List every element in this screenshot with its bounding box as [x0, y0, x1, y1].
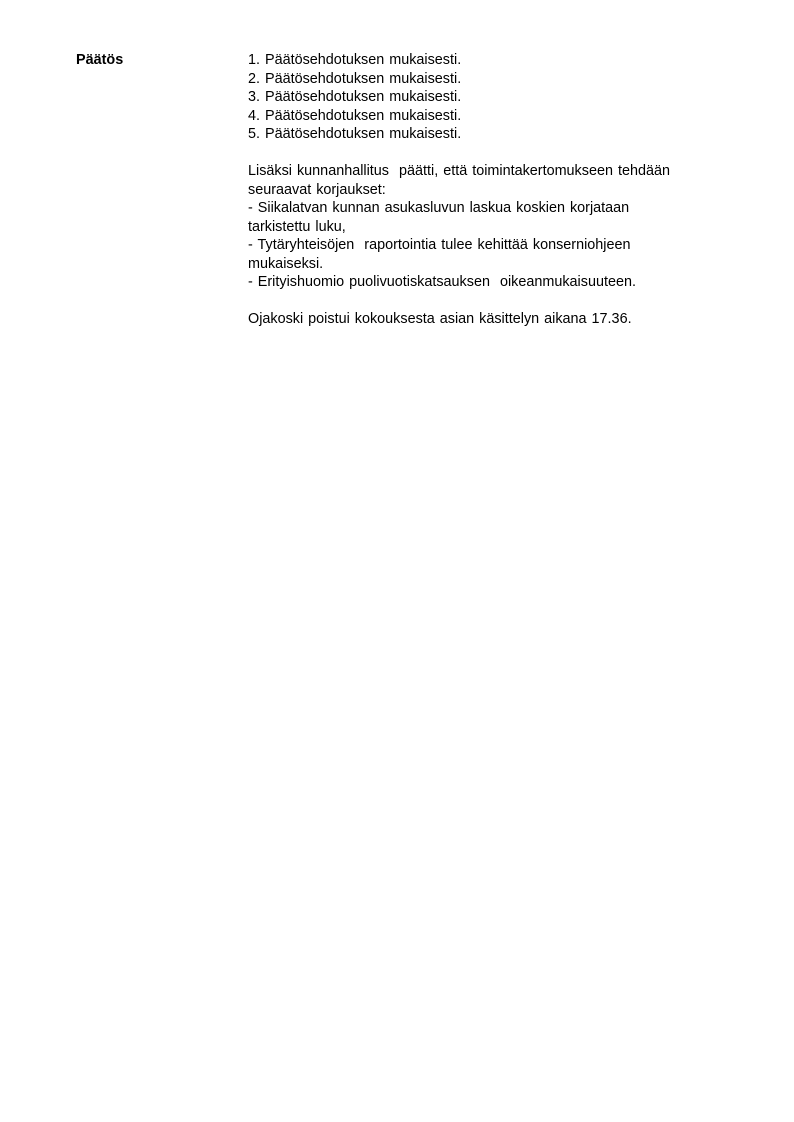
decision-item: 3. Päätösehdotuksen mukaisesti.	[248, 88, 718, 107]
section-label-paatos: Päätös	[76, 51, 123, 70]
decision-item: 1. Päätösehdotuksen mukaisesti.	[248, 51, 718, 70]
correction-item-continued: tarkistettu luku,	[248, 218, 718, 237]
spacer	[248, 144, 718, 163]
decision-item: 4. Päätösehdotuksen mukaisesti.	[248, 107, 718, 126]
correction-item: - Tytäryhteisöjen raportointia tulee keh…	[248, 236, 718, 255]
decision-content: 1. Päätösehdotuksen mukaisesti. 2. Päätö…	[248, 51, 718, 329]
closing-note: Ojakoski poistui kokouksesta asian käsit…	[248, 310, 718, 329]
decision-item: 2. Päätösehdotuksen mukaisesti.	[248, 70, 718, 89]
additional-intro: Lisäksi kunnanhallitus päätti, että toim…	[248, 162, 718, 181]
spacer	[248, 292, 718, 311]
correction-item: - Erityishuomio puolivuotiskatsauksen oi…	[248, 273, 718, 292]
correction-item: - Siikalatvan kunnan asukasluvun laskua …	[248, 199, 718, 218]
decision-item: 5. Päätösehdotuksen mukaisesti.	[248, 125, 718, 144]
additional-intro: seuraavat korjaukset:	[248, 181, 718, 200]
correction-item-continued: mukaiseksi.	[248, 255, 718, 274]
